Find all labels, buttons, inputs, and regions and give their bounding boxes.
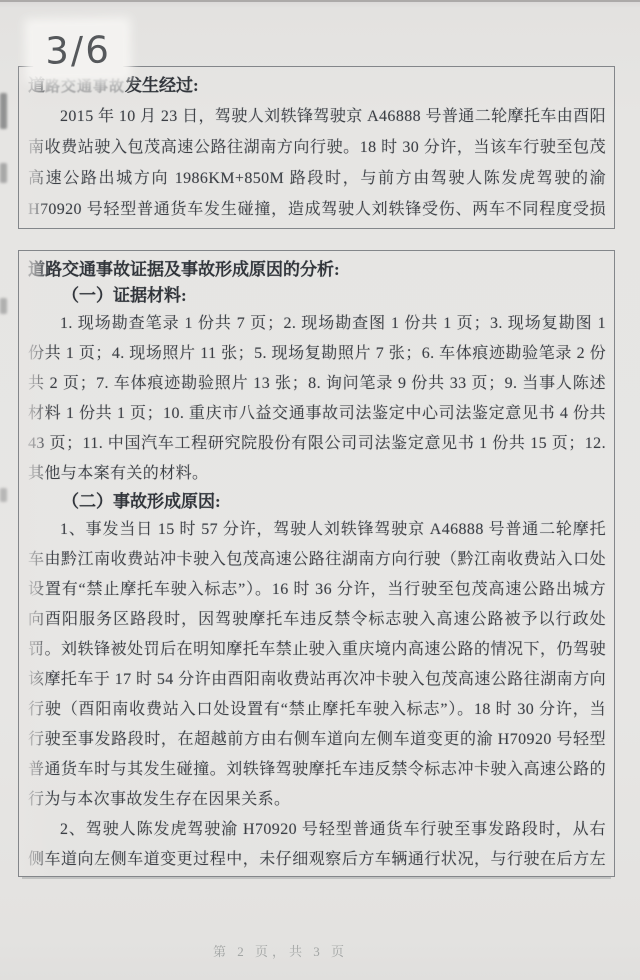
section-accident-course-inner: 道路交通事故发生经过: 2015 年 10 月 23 日，驾驶人刘轶锋驾驶京 A…	[19, 67, 614, 228]
section-evidence-analysis: 道路交通事故证据及事故形成原因的分析: （一）证据材料: 1. 现场勘查笔录 1…	[18, 250, 615, 877]
scanned-document-page: { "page": { "corner_label": "3/6", "foot…	[0, 0, 640, 980]
evidence-analysis-heading: 道路交通事故证据及事故形成原因的分析:	[28, 256, 606, 283]
scan-top-edge	[0, 0, 640, 2]
accident-course-heading-faded: 路交通事故	[45, 79, 125, 95]
cause-paragraph-2: 2、驾驶人陈发虎驾驶渝 H70920 号轻型普通货车行驶至事发路段时，从右侧车道…	[28, 815, 606, 876]
evidence-materials-heading: （一）证据材料:	[28, 283, 606, 309]
accident-course-heading-clear: 发生经过:	[125, 76, 199, 95]
cause-paragraph-1: 1、事发当日 15 时 57 分许，驾驶人刘轶锋驾驶京 A46888 号普通二轮…	[28, 515, 606, 815]
section-accident-course: 道路交通事故发生经过: 2015 年 10 月 23 日，驾驶人刘轶锋驾驶京 A…	[18, 66, 615, 229]
accident-course-heading: 道路交通事故发生经过:	[28, 72, 606, 101]
scan-edge-smudge	[0, 163, 7, 183]
cause-heading: （二）事故形成原因:	[28, 489, 606, 515]
scan-edge-smudge	[0, 488, 7, 502]
accident-course-heading-lead: 道	[28, 76, 45, 95]
section-evidence-analysis-inner: 道路交通事故证据及事故形成原因的分析: （一）证据材料: 1. 现场勘查笔录 1…	[19, 251, 614, 876]
page-corner-label: 3/6	[33, 25, 124, 75]
evidence-materials-list: 1. 现场勘查笔录 1 份共 7 页；2. 现场勘查图 1 份共 1 页；3. …	[28, 309, 606, 489]
scan-edge-smudge	[0, 298, 7, 314]
accident-course-paragraph: 2015 年 10 月 23 日，驾驶人刘轶锋驾驶京 A46888 号普通二轮摩…	[28, 101, 606, 228]
scan-edge-smudge	[0, 93, 7, 129]
page-number-footer: 第 2 页，共 3 页	[168, 941, 393, 960]
